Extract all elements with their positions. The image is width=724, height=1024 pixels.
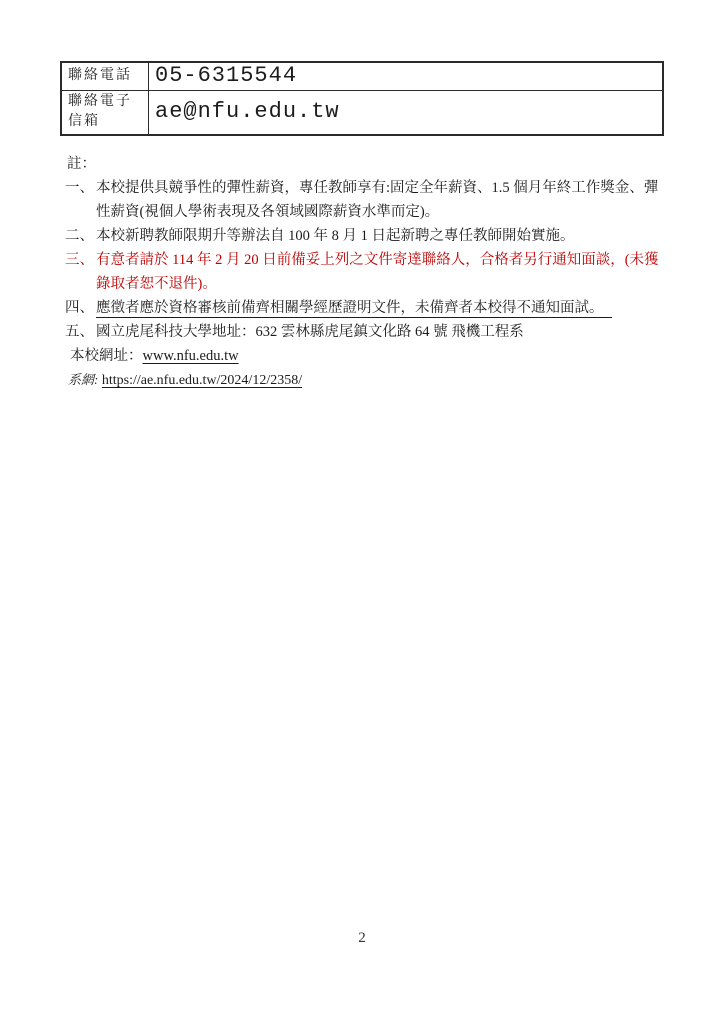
note-number: 一、	[65, 176, 96, 200]
note-text: 本校新聘教師限期升等辦法自 100 年 8 月 1 日起新聘之專任教師開始實施。	[96, 228, 575, 244]
note-text: 有意者請於 114 年 2 月 20 日前備妥上列之文件寄達聯絡人，合格者另行通…	[96, 252, 659, 268]
note-item-5-address: 五、國立虎尾科技大學地址：632 雲林縣虎尾鎮文化路 64 號 飛機工程系	[65, 320, 672, 344]
note-number: 四、	[65, 296, 96, 320]
table-row-phone: 聯絡電話 05-6315544	[61, 62, 663, 90]
note-number: 五、	[65, 320, 96, 344]
department-website-line: 系網: https://ae.nfu.edu.tw/2024/12/2358/	[65, 368, 672, 393]
note-item-4: 四、應徵者應於資格審核前備齊相關學經歷證明文件，未備齊者本校得不通知面試。	[65, 296, 672, 320]
contact-email-label: 聯絡電子信箱	[61, 90, 149, 135]
document-page: 聯絡電話 05-6315544 聯絡電子信箱 ae@nfu.edu.tw 註： …	[0, 0, 724, 1024]
department-website-label: 系網:	[68, 372, 98, 387]
note-text-underlined: 應徵者應於資格審核前備齊相關學經歷證明文件，未備齊者本校得不通知面試。	[96, 300, 612, 318]
note-item-1: 一、本校提供具競爭性的彈性薪資，專任教師享有:固定全年薪資、1.5 個月年終工作…	[65, 176, 672, 224]
note-number: 二、	[65, 224, 96, 248]
note-text-continued: 錄取者恕不退件)。	[96, 272, 672, 296]
page-number: 2	[0, 930, 724, 947]
note-text: 國立虎尾科技大學地址：632 雲林縣虎尾鎮文化路 64 號 飛機工程系	[96, 324, 524, 340]
notes-section: 註： 一、本校提供具競爭性的彈性薪資，專任教師享有:固定全年薪資、1.5 個月年…	[65, 152, 672, 393]
contact-phone-value: 05-6315544	[149, 62, 664, 90]
note-text: 本校提供具競爭性的彈性薪資，專任教師享有:固定全年薪資、1.5 個月年終工作獎金…	[96, 180, 658, 196]
contact-table: 聯絡電話 05-6315544 聯絡電子信箱 ae@nfu.edu.tw	[60, 61, 664, 136]
note-text-continued: 性薪資(視個人學術表現及各領域國際薪資水準而定)。	[96, 200, 672, 224]
contact-phone-label: 聯絡電話	[61, 62, 149, 90]
contact-email-value: ae@nfu.edu.tw	[149, 90, 664, 135]
note-item-2: 二、本校新聘教師限期升等辦法自 100 年 8 月 1 日起新聘之專任教師開始實…	[65, 224, 672, 248]
school-website-label: 本校網址：	[70, 348, 143, 364]
note-item-3-deadline: 三、有意者請於 114 年 2 月 20 日前備妥上列之文件寄達聯絡人，合格者另…	[65, 248, 672, 296]
school-website-line: 本校網址：www.nfu.edu.tw	[65, 344, 672, 368]
school-website-link[interactable]: www.nfu.edu.tw	[143, 348, 239, 364]
department-website-link[interactable]: https://ae.nfu.edu.tw/2024/12/2358/	[102, 373, 302, 388]
table-row-email: 聯絡電子信箱 ae@nfu.edu.tw	[61, 90, 663, 135]
notes-heading: 註：	[65, 152, 672, 176]
note-number: 三、	[65, 248, 96, 272]
